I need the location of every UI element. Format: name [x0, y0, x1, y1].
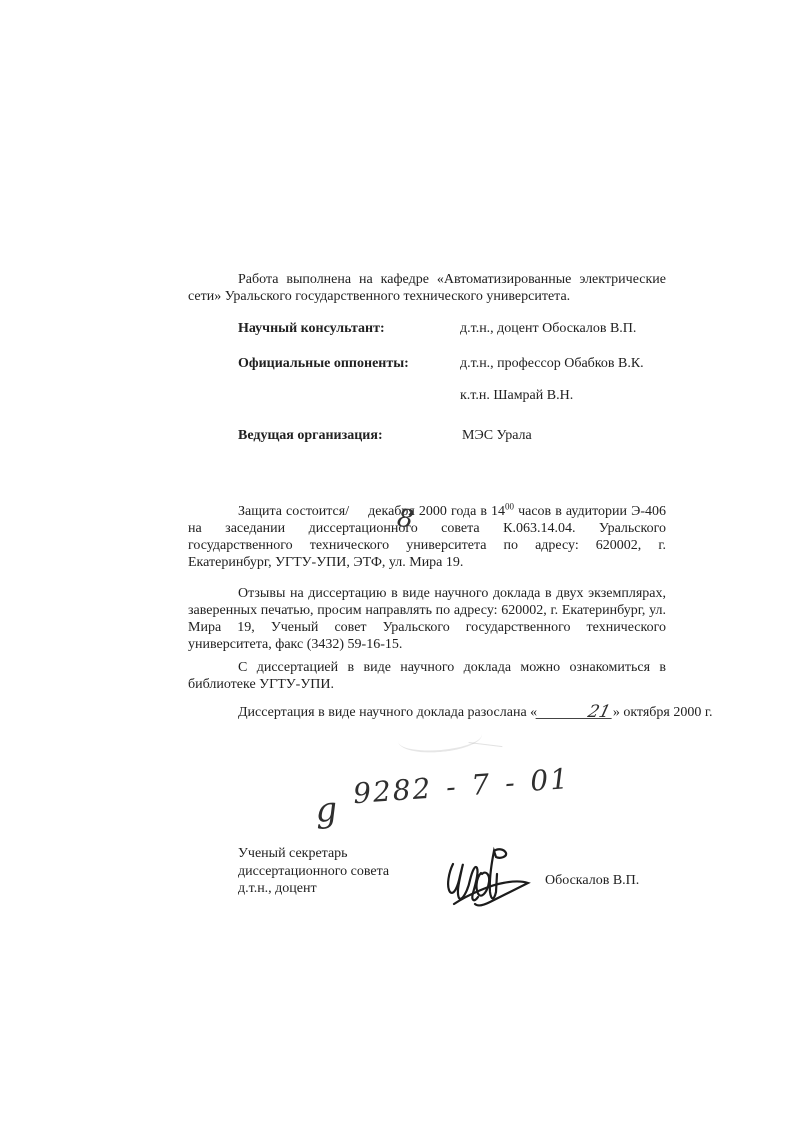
consultant-value: д.т.н., доцент Обоскалов В.П. [460, 320, 636, 337]
scanned-document-page: Работа выполнена на кафедре «Автоматизир… [0, 0, 793, 1122]
credential-row-opponents: Официальные оппоненты: д.т.н., профессор… [188, 355, 708, 372]
handwritten-day: 8 [348, 510, 363, 512]
secretary-line-2: диссертационного совета [238, 863, 389, 881]
signature-scribble-icon [441, 842, 533, 908]
secretary-line-3: д.т.н., доцент [238, 880, 389, 898]
organization-value: МЭС Урала [462, 427, 532, 444]
mailed-after: » октября 2000 г. [613, 705, 713, 720]
secretary-line-1: Ученый секретарь [238, 845, 389, 863]
opponents-label: Официальные оппоненты: [238, 355, 409, 372]
organization-label: Ведущая организация: [238, 427, 383, 444]
credential-row-opponent-2: к.т.н. Шамрай В.Н. [188, 387, 708, 404]
handwritten-mail-date: 21 [536, 707, 615, 719]
stamp-prefix: g [314, 789, 339, 830]
mailed-line: Диссертация в виде научного доклада разо… [188, 704, 708, 721]
defense-mid: декабря 2000 года в 14 [364, 504, 505, 519]
mailed-before: Диссертация в виде научного доклада разо… [238, 705, 537, 720]
handwritten-stamp: g 9282 - 7 - 01 [313, 757, 571, 815]
defense-paragraph: Защита состоится/8 декабря 2000 года в 1… [188, 503, 666, 571]
faint-pencil-dash [468, 742, 503, 755]
credential-row-organization: Ведущая организация: МЭС Урала [188, 427, 708, 444]
opponents-value-1: д.т.н., профессор Обабков В.К. [460, 355, 644, 372]
defense-lead: Защита состоится/ [238, 504, 349, 519]
library-paragraph: С диссертацией в виде научного доклада м… [188, 659, 666, 693]
stamp-number: 9282 - 7 - 01 [352, 762, 571, 810]
secretary-name: Обоскалов В.П. [545, 872, 639, 889]
credential-row-consultant: Научный консультант: д.т.н., доцент Обос… [188, 320, 708, 337]
defense-hour-superscript: 00 [505, 501, 514, 511]
reviews-paragraph: Отзывы на диссертацию в виде научного до… [188, 585, 666, 653]
opponents-value-2: к.т.н. Шамрай В.Н. [460, 387, 573, 404]
intro-paragraph: Работа выполнена на кафедре «Автоматизир… [188, 271, 666, 305]
consultant-label: Научный консультант: [238, 320, 385, 337]
secretary-block: Ученый секретарь диссертационного совета… [238, 845, 389, 898]
